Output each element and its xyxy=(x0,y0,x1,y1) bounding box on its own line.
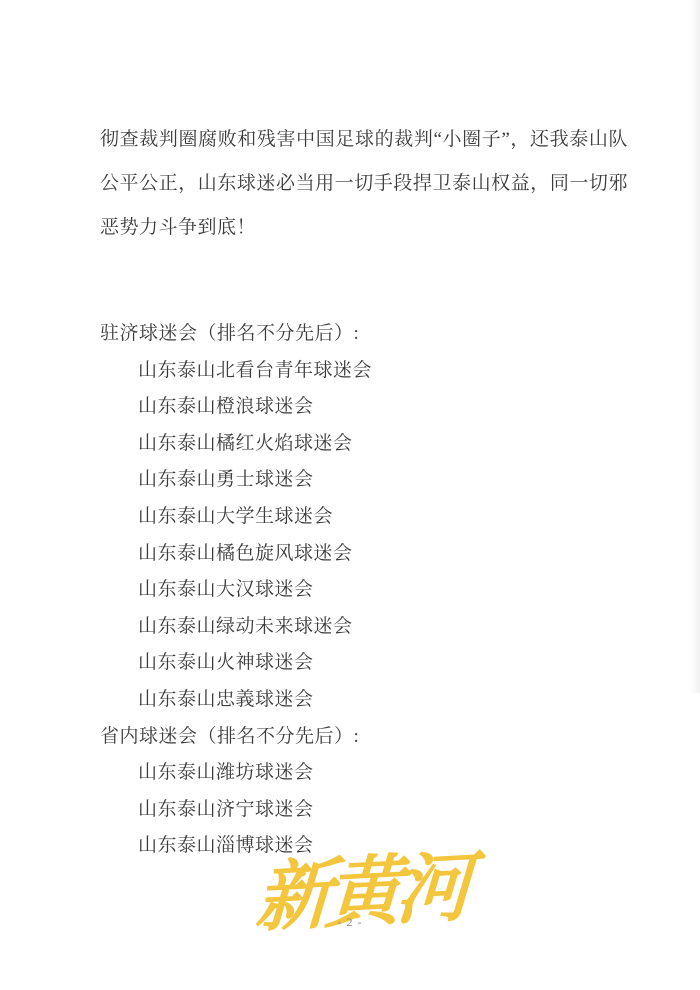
fan-club-list-item: 山东泰山火神球迷会 xyxy=(100,645,640,682)
section-header-jinan-clubs: 驻济球迷会（排名不分先后）: xyxy=(100,316,640,353)
fan-club-list-item: 山东泰山济宁球迷会 xyxy=(100,792,640,829)
fan-club-list-item: 山东泰山忠義球迷会 xyxy=(100,682,640,719)
fan-club-list-item: 山东泰山橘红火焰球迷会 xyxy=(100,426,640,463)
statement-paragraph: 彻查裁判圈腐败和残害中国足球的裁判“小圈子”，还我泰山队公平公正，山东球迷必当用… xyxy=(100,118,628,250)
fan-club-list-item: 山东泰山橘色旋风球迷会 xyxy=(100,536,640,573)
fan-club-list: 驻济球迷会（排名不分先后）: 山东泰山北看台青年球迷会 山东泰山橙浪球迷会 山东… xyxy=(100,316,640,865)
section-header-province-clubs: 省内球迷会（排名不分先后）: xyxy=(100,719,640,756)
document-page: 彻查裁判圈腐败和残害中国足球的裁判“小圈子”，还我泰山队公平公正，山东球迷必当用… xyxy=(0,0,700,990)
fan-club-list-item: 山东泰山勇士球迷会 xyxy=(100,462,640,499)
fan-club-list-item: 山东泰山大学生球迷会 xyxy=(100,499,640,536)
fan-club-list-item: 山东泰山潍坊球迷会 xyxy=(100,755,640,792)
fan-club-list-item: 山东泰山绿动未来球迷会 xyxy=(100,609,640,646)
page-number: - 2 - xyxy=(0,915,700,930)
scan-edge-shadow xyxy=(690,0,700,693)
fan-club-list-item: 山东泰山大汉球迷会 xyxy=(100,572,640,609)
fan-club-list-item: 山东泰山橙浪球迷会 xyxy=(100,389,640,426)
fan-club-list-item: 山东泰山北看台青年球迷会 xyxy=(100,353,640,390)
